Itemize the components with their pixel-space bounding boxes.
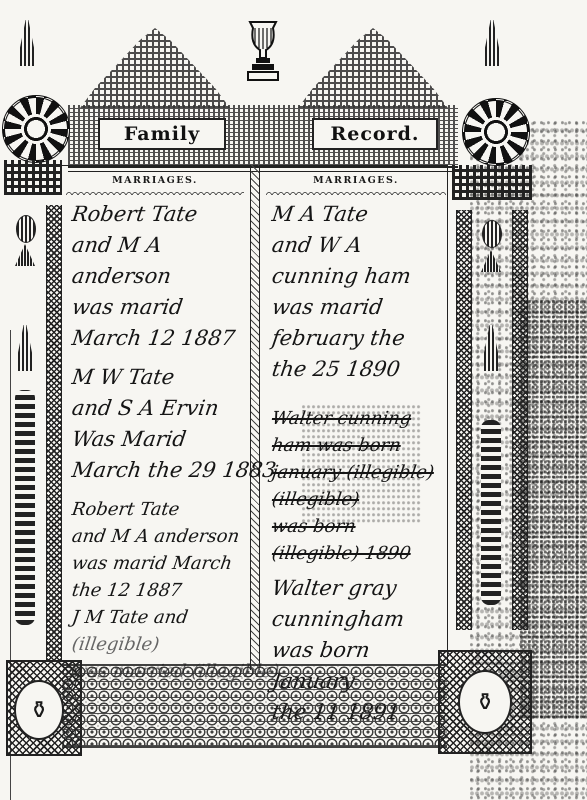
left-spiral-column	[15, 390, 35, 625]
heading-flourish	[66, 189, 244, 195]
left-finial-ornament	[16, 215, 36, 243]
entry-line: anderson	[60, 261, 250, 292]
column-divider	[250, 165, 260, 670]
entry-line: the 12 1887	[60, 577, 250, 604]
entry-line: and S A Ervin	[60, 393, 250, 424]
entry-line: was marid March	[60, 550, 250, 577]
left-rosette-ornament	[2, 95, 70, 163]
right-rosette-ornament	[462, 98, 530, 166]
entry-line: was born	[260, 635, 452, 666]
left-tassel-ornament	[15, 244, 35, 266]
header-crest: Family Record.	[68, 10, 458, 165]
right-gable-ornament	[298, 28, 448, 108]
entry-line: february the	[260, 323, 452, 354]
marriages-column-right: MARRIAGES. M A Tate and W A cunning ham …	[262, 168, 450, 668]
entry-line: M A Tate	[260, 199, 452, 230]
urn-icon	[246, 18, 280, 88]
entry-line: the 25 1890	[260, 354, 452, 385]
entry-line-struck: january (illegible)	[260, 459, 452, 486]
entry-line: was marid	[60, 292, 250, 323]
marriage-entry: Robert Tate and M A anderson was marid M…	[62, 496, 248, 604]
urn-icon: ⚱	[475, 688, 495, 716]
right-finial-ornament	[482, 220, 502, 248]
entry-line: March the 29 1883	[60, 455, 250, 486]
entry-line: and W A	[260, 230, 452, 261]
struck-entry: Walter cunning ham was born january (ill…	[262, 405, 450, 567]
entry-line: J M Tate and	[60, 604, 250, 631]
entry-line-faded: (illegible)	[60, 631, 250, 658]
entry-line: cunningham	[260, 604, 452, 635]
entry-line: Robert Tate	[60, 199, 250, 230]
right-spire-ornament	[485, 20, 499, 66]
title-record: Record.	[312, 118, 438, 150]
marriage-entry: Robert Tate and M A anderson was marid M…	[62, 199, 248, 354]
entry-line-struck: ham was born	[260, 432, 452, 459]
right-outer-pillar	[512, 210, 528, 630]
bottom-left-medallion: ⚱	[14, 680, 64, 740]
entry-line-struck: Walter cunning	[260, 405, 452, 432]
marriage-entry: M A Tate and W A cunning ham was marid f…	[262, 199, 450, 385]
left-pillar	[46, 205, 62, 660]
left-gable-ornament	[80, 28, 230, 108]
urn-icon: ⚱	[29, 696, 49, 724]
entry-line: Robert Tate	[60, 496, 250, 523]
entry-line: Was Marid	[60, 424, 250, 455]
bottom-ornament-band	[62, 664, 447, 748]
family-record-page: Family Record. MARRIAGES. Robert Tate an…	[0, 0, 587, 800]
title-family: Family	[98, 118, 226, 150]
entry-line: cunning ham	[260, 261, 452, 292]
left-lower-spire	[18, 325, 32, 371]
entry-line-struck: (illegible)	[260, 486, 452, 513]
column-heading: MARRIAGES.	[62, 168, 248, 186]
entry-line: Walter gray	[260, 573, 452, 604]
bottom-right-medallion: ⚱	[458, 670, 512, 734]
left-capital-ornament	[4, 160, 62, 195]
column-heading: MARRIAGES.	[262, 168, 450, 186]
right-capital-ornament	[452, 165, 532, 200]
entry-line: and M A	[60, 230, 250, 261]
marriages-column-left: MARRIAGES. Robert Tate and M A anderson …	[62, 168, 248, 668]
marriage-entry: M W Tate and S A Ervin Was Marid March t…	[62, 362, 248, 486]
entry-line: was marid	[260, 292, 452, 323]
heading-flourish	[266, 189, 446, 195]
entry-line: M W Tate	[60, 362, 250, 393]
entry-line: and M A anderson	[60, 523, 250, 550]
entry-line: March 12 1887	[60, 323, 250, 354]
right-spiral-column	[481, 420, 501, 605]
entry-line-struck: (illegible) 1890	[260, 540, 452, 567]
entry-line-struck: was born	[260, 513, 452, 540]
right-inner-pillar	[456, 210, 472, 630]
left-spire-ornament	[20, 20, 34, 66]
